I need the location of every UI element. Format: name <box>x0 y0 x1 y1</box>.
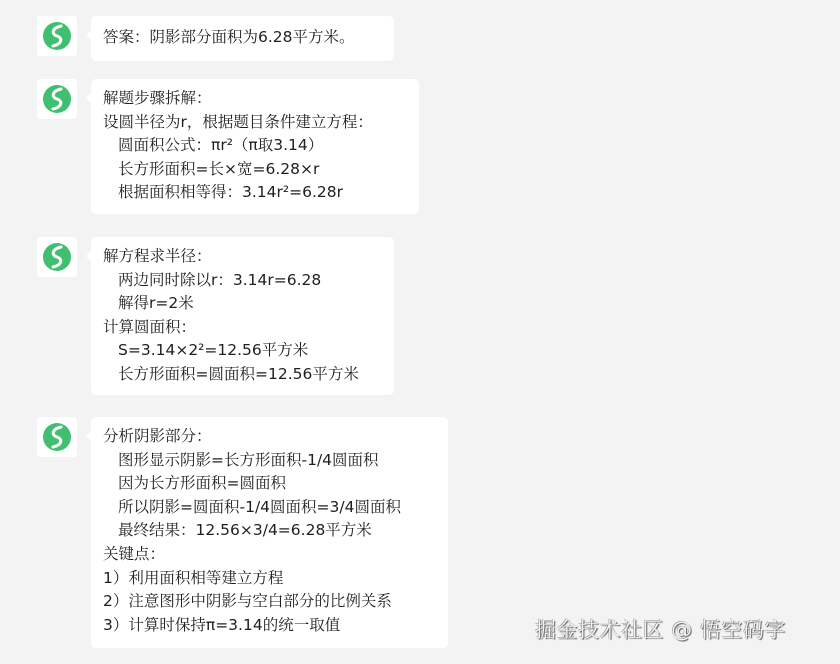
message-bubble: 解题步骤拆解： 设圆半径为r，根据题目条件建立方程： 圆面积公式：πr²（π取3… <box>91 79 419 214</box>
message-line: 根据面积相等得：3.14r²=6.28r <box>103 181 407 205</box>
avatar[interactable] <box>37 417 77 457</box>
avatar[interactable] <box>37 16 77 56</box>
message-line: 设圆半径为r，根据题目条件建立方程： <box>103 111 407 135</box>
message-line: 答案：阴影部分面积为6.28平方米。 <box>103 26 382 50</box>
message-line: 1）利用面积相等建立方程 <box>103 567 436 591</box>
assistant-logo-icon <box>42 422 72 452</box>
message-line: 所以阴影=圆面积-1/4圆面积=3/4圆面积 <box>103 496 436 520</box>
assistant-logo-icon <box>42 21 72 51</box>
message-line: 2）注意图形中阴影与空白部分的比例关系 <box>103 590 436 614</box>
message-line: 两边同时除以r：3.14r=6.28 <box>103 269 382 293</box>
message-line: 解题步骤拆解： <box>103 87 407 111</box>
message-line: S=3.14×2²=12.56平方米 <box>103 339 382 363</box>
message-line: 图形显示阴影=长方形面积-1/4圆面积 <box>103 449 436 473</box>
message-line: 关键点： <box>103 543 436 567</box>
message-line: 解方程求半径： <box>103 245 382 269</box>
message-line: 3）计算时保持π=3.14的统一取值 <box>103 614 436 638</box>
message-bubble: 答案：阴影部分面积为6.28平方米。 <box>91 16 394 61</box>
avatar[interactable] <box>37 79 77 119</box>
message-line: 解得r=2米 <box>103 292 382 316</box>
assistant-logo-icon <box>42 84 72 114</box>
message-line: 计算圆面积： <box>103 316 382 340</box>
message-line: 最终结果：12.56×3/4=6.28平方米 <box>103 519 436 543</box>
message-line: 长方形面积=圆面积=12.56平方米 <box>103 363 382 387</box>
watermark: 掘金技术社区 @ 悟空码字 <box>535 614 786 644</box>
message-line: 分析阴影部分： <box>103 425 436 449</box>
message-line: 因为长方形面积=圆面积 <box>103 472 436 496</box>
message-line: 圆面积公式：πr²（π取3.14） <box>103 134 407 158</box>
avatar[interactable] <box>37 237 77 277</box>
message-bubble: 分析阴影部分： 图形显示阴影=长方形面积-1/4圆面积 因为长方形面积=圆面积 … <box>91 417 448 648</box>
message-line: 长方形面积=长×宽=6.28×r <box>103 158 407 182</box>
assistant-logo-icon <box>42 242 72 272</box>
message-bubble: 解方程求半径： 两边同时除以r：3.14r=6.28 解得r=2米 计算圆面积：… <box>91 237 394 395</box>
